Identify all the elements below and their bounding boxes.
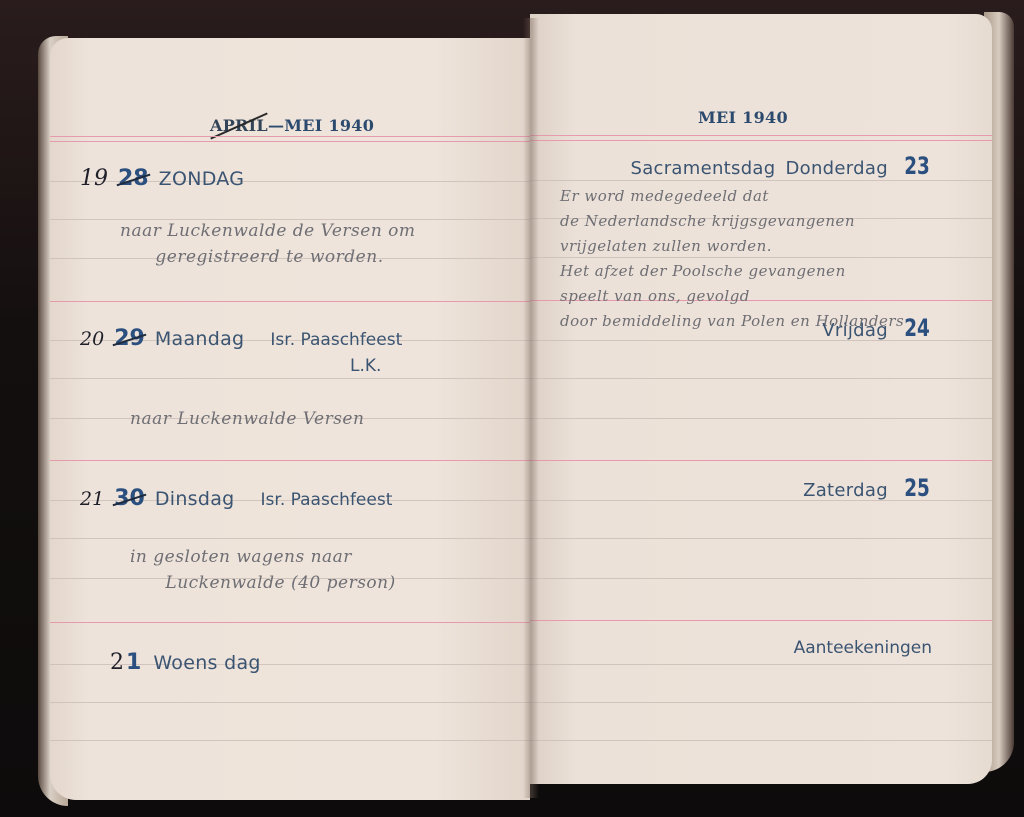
handwritten-date: 20 xyxy=(80,328,104,350)
day-entry-vrijdag: Vrijdag 24 xyxy=(822,314,932,342)
holiday-label: Isr. Paaschfeest xyxy=(261,490,393,510)
day-entry-zondag: 19 28 ZONDAG xyxy=(80,166,244,191)
header-rule xyxy=(50,141,530,142)
day-name: Maandag xyxy=(155,328,245,350)
printed-date: 24 xyxy=(904,314,930,342)
header-rule xyxy=(50,136,530,137)
handwritten-date: 21 xyxy=(80,488,104,510)
struck-april: APRIL xyxy=(210,116,268,135)
day-name: Dinsdag xyxy=(155,488,235,510)
day-divider xyxy=(50,622,530,623)
header-rule xyxy=(530,140,992,141)
line-rule xyxy=(530,538,992,539)
day-divider xyxy=(530,460,992,461)
left-page: APRIL—MEI 1940 19 28 ZONDAG naar Luckenw… xyxy=(50,38,530,800)
line-rule xyxy=(530,378,992,379)
day-name: Woens dag xyxy=(153,652,260,674)
line-rule xyxy=(50,538,530,539)
lk-note: L.K. xyxy=(350,356,381,376)
day-divider xyxy=(50,301,530,302)
holiday-label: Sacramentsdag xyxy=(630,158,775,179)
day-name: Zaterdag xyxy=(803,480,888,501)
line-rule xyxy=(50,378,530,379)
handwritten-note: in gesloten wagens naar Luckenwalde (40 … xyxy=(130,544,396,596)
notes-label: Aanteekeningen xyxy=(794,638,932,658)
line-rule xyxy=(530,740,992,741)
line-rule xyxy=(530,664,992,665)
handwritten-date: 2 xyxy=(110,650,124,675)
day-entry-donderdag: Sacramentsdag Donderdag 23 xyxy=(630,152,932,180)
month-header-text: —MEI 1940 xyxy=(268,116,374,135)
line-rule xyxy=(50,702,530,703)
printed-date: 25 xyxy=(904,474,930,502)
day-entry-maandag: 20 29 Maandag Isr. Paaschfeest xyxy=(80,326,402,351)
header-rule xyxy=(530,135,992,136)
right-page: MEI 1940 Sacramentsdag Donderdag 23 Er w… xyxy=(530,14,992,784)
day-entry-woensdag: 2 1 Woens dag xyxy=(110,650,261,675)
line-rule xyxy=(530,180,992,181)
day-name: Vrijdag xyxy=(822,320,888,341)
day-name: ZONDAG xyxy=(159,168,245,190)
handwritten-note: naar Luckenwalde de Versen om geregistre… xyxy=(120,218,416,270)
line-rule xyxy=(50,740,530,741)
handwritten-note: naar Luckenwalde Versen xyxy=(130,406,364,432)
day-entry-dinsdag: 21 30 Dinsdag Isr. Paaschfeest xyxy=(80,486,392,511)
printed-date: 28 xyxy=(118,166,149,191)
right-month-header: MEI 1940 xyxy=(698,108,788,127)
handwritten-note: Er word medegedeeld dat de Nederlandsche… xyxy=(560,184,904,334)
printed-date: 29 xyxy=(114,326,145,351)
day-name: Donderdag xyxy=(786,158,888,179)
left-month-header: APRIL—MEI 1940 xyxy=(210,116,374,135)
printed-date: 1 xyxy=(126,650,141,675)
day-entry-zaterdag: Zaterdag 25 xyxy=(803,474,932,502)
day-divider xyxy=(50,460,530,461)
book-gutter xyxy=(523,18,539,798)
printed-date: 30 xyxy=(114,486,145,511)
printed-date: 23 xyxy=(904,152,930,180)
holiday-label: Isr. Paaschfeest xyxy=(270,330,402,350)
open-diary: APRIL—MEI 1940 19 28 ZONDAG naar Luckenw… xyxy=(28,8,1018,808)
line-rule xyxy=(530,418,992,419)
line-rule xyxy=(530,702,992,703)
line-rule xyxy=(530,578,992,579)
day-divider xyxy=(530,620,992,621)
handwritten-date: 19 xyxy=(80,166,108,191)
